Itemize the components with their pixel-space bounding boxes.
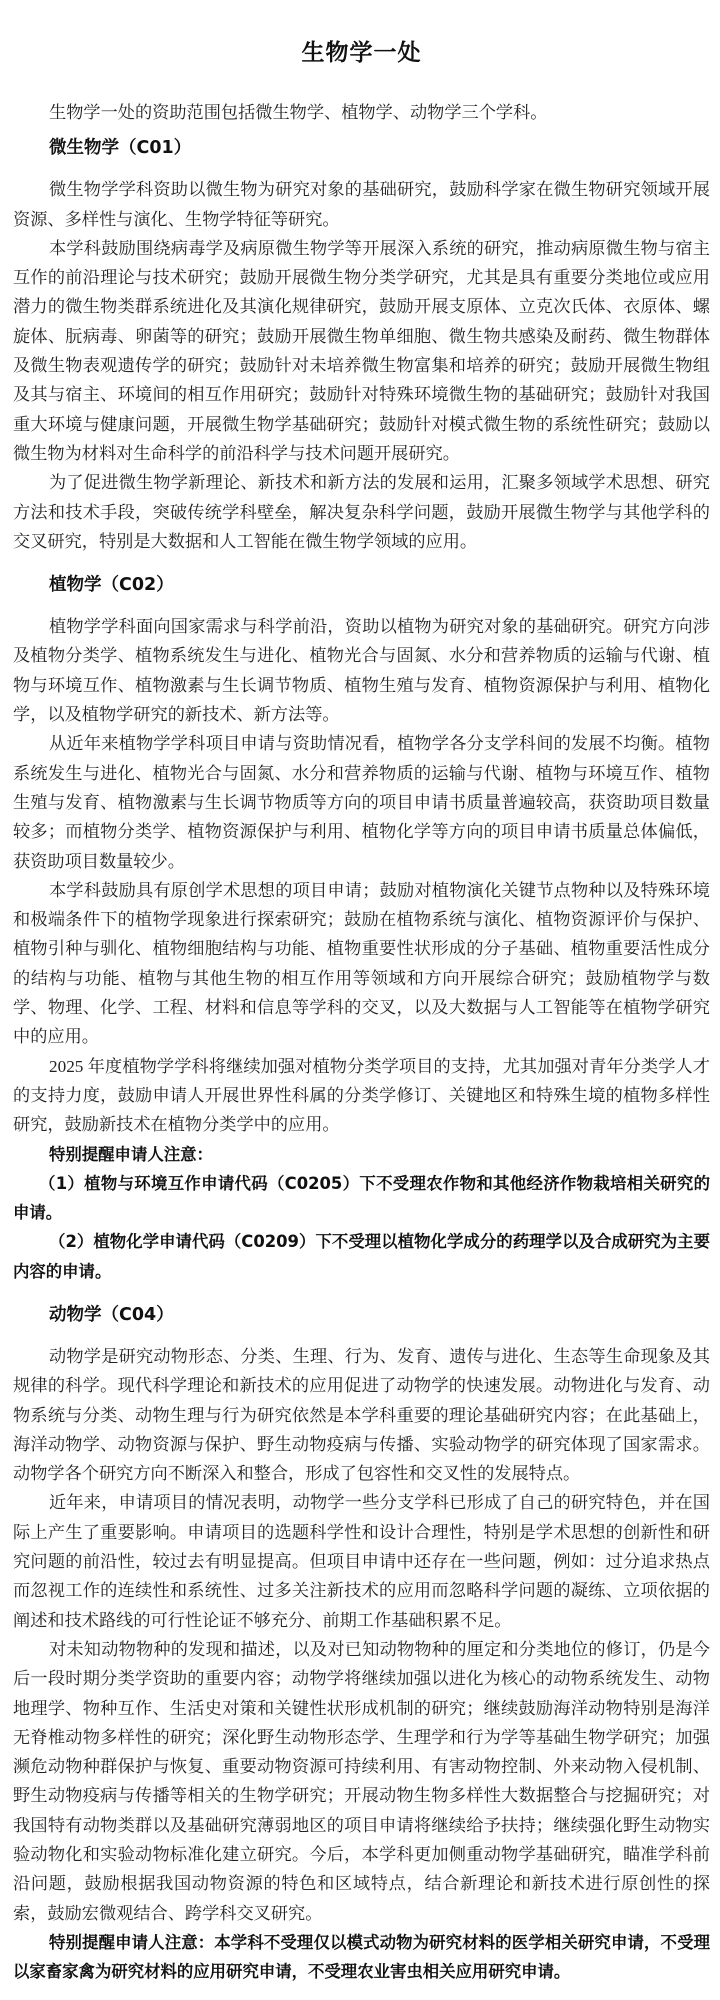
section-zoology: 动物学（C04） 动物学是研究动物形态、分类、生理、行为、发育、遗传与进化、生态… — [13, 1300, 710, 1987]
paragraph: 动物学是研究动物形态、分类、生理、行为、发育、遗传与进化、生态等生命现象及其规律… — [13, 1342, 710, 1488]
notice-item: （1）植物与环境互作申请代码（C0205）下不受理农作物和其他经济作物栽培相关研… — [13, 1169, 710, 1228]
paragraph: 本学科鼓励具有原创学术思想的项目申请；鼓励对植物演化关键节点物种以及特殊环境和极… — [13, 876, 710, 1052]
notice-heading: 特别提醒申请人注意： — [13, 1140, 710, 1169]
paragraph: 从近年来植物学学科项目申请与资助情况看，植物学各分支学科间的发展不均衡。植物系统… — [13, 729, 710, 875]
paragraph: 2025 年度植物学学科将继续加强对植物分类学项目的支持，尤其加强对青年分类学人… — [13, 1052, 710, 1140]
intro-paragraph: 生物学一处的资助范围包括微生物学、植物学、动物学三个学科。 — [13, 98, 710, 127]
section-heading-zoology: 动物学（C04） — [49, 1300, 710, 1330]
notice-item: （2）植物化学申请代码（C0209）下不受理以植物化学成分的药理学以及合成研究为… — [13, 1227, 710, 1286]
notice-paragraph: 特别提醒申请人注意：本学科不受理仅以模式动物为研究材料的医学相关研究申请，不受理… — [13, 1928, 710, 1987]
section-heading-microbiology: 微生物学（C01） — [49, 133, 710, 163]
paragraph: 微生物学学科资助以微生物为研究对象的基础研究，鼓励科学家在微生物研究领域开展资源… — [13, 175, 710, 234]
page-title: 生物学一处 — [13, 0, 710, 78]
paragraph: 本学科鼓励围绕病毒学及病原微生物学等开展深入系统的研究，推动病原微生物与宿主互作… — [13, 234, 710, 468]
paragraph: 为了促进微生物学新理论、新技术和新方法的发展和运用，汇聚多领域学术思想、研究方法… — [13, 468, 710, 556]
section-botany: 植物学（C02） 植物学学科面向国家需求与科学前沿，资助以植物为研究对象的基础研… — [13, 570, 710, 1286]
section-microbiology: 微生物学（C01） 微生物学学科资助以微生物为研究对象的基础研究，鼓励科学家在微… — [13, 133, 710, 556]
paragraph: 植物学学科面向国家需求与科学前沿，资助以植物为研究对象的基础研究。研究方向涉及植… — [13, 612, 710, 729]
document-page: 生物学一处 生物学一处的资助范围包括微生物学、植物学、动物学三个学科。 微生物学… — [13, 0, 710, 1987]
section-heading-botany: 植物学（C02） — [49, 570, 710, 600]
paragraph: 近年来，申请项目的情况表明，动物学一些分支学科已形成了自己的研究特色，并在国际上… — [13, 1488, 710, 1634]
paragraph: 对未知动物物种的发现和描述，以及对已知动物物种的厘定和分类地位的修订，仍是今后一… — [13, 1635, 710, 1928]
